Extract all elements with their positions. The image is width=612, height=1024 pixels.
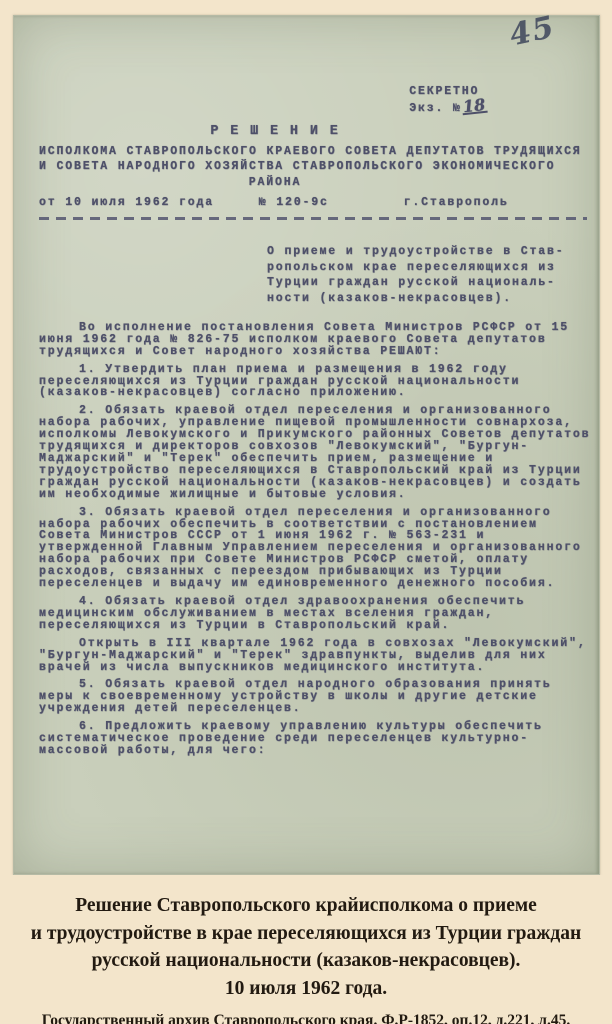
subject-line: ропольском крае переселяющихся из (267, 260, 567, 275)
org-line: И СОВЕТА НАРОДНОГО ХОЗЯЙСТВА СТАВРОПОЛЬС… (39, 159, 595, 175)
document-number: № 120-9с (259, 196, 329, 209)
archival-scan-page: { "colors": { "background_cream": "#f3e5… (0, 0, 612, 1024)
preamble-paragraph: Во исполнение постановления Совета Минис… (39, 322, 595, 358)
document-scan: 45 СЕКРЕТНО Экз. №18 Р Е Ш Е Н И Е ИСПОЛ… (13, 15, 600, 875)
point-2-paragraph: 2. Обязать краевой отдел переселения и о… (39, 405, 595, 500)
document-body: Р Е Ш Е Н И Е ИСПОЛКОМА СТАВРОПОЛЬСКОГО … (14, 16, 601, 757)
subject-line: ности (казаков-некрасовцев). (267, 291, 567, 306)
subject-line: О приеме и трудоустройстве в Став- (267, 244, 567, 259)
document-date: от 10 июля 1962 года (39, 196, 214, 209)
point-6-paragraph: 6. Предложить краевому управлению культу… (39, 721, 595, 757)
point-3-paragraph: 3. Обязать краевой отдел переселения и о… (39, 507, 595, 590)
caption-area: Решение Ставропольского крайисполкома о … (0, 875, 612, 1024)
document-city: г.Ставрополь (404, 196, 509, 209)
point-5-paragraph: 5. Обязать краевой отдел народного образ… (39, 679, 595, 715)
caption-title: Решение Ставропольского крайисполкома о … (0, 875, 612, 1002)
subject-block: О приеме и трудоустройстве в Став- ропол… (267, 244, 567, 306)
dateline: от 10 июля 1962 года № 120-9с г.Ставропо… (39, 197, 595, 209)
issuing-organization: ИСПОЛКОМА СТАВРОПОЛЬСКОГО КРАЕВОГО СОВЕТ… (39, 144, 595, 191)
org-line: ИСПОЛКОМА СТАВРОПОЛЬСКОГО КРАЕВОГО СОВЕТ… (39, 144, 595, 160)
caption-line: Решение Ставропольского крайисполкома о … (0, 892, 612, 920)
caption-line: русской национальности (казаков-некрасов… (0, 947, 612, 975)
caption-date: 10 июля 1962 года. (0, 975, 612, 1003)
archive-reference: Государственный архив Ставропольского кр… (0, 1011, 612, 1024)
document-title: Р Е Ш Е Н И Е (0, 126, 553, 138)
point-4-paragraph: 4. Обязать краевой отдел здравоохранения… (39, 596, 595, 632)
resolution-text: Во исполнение постановления Совета Минис… (39, 322, 595, 757)
point-1-paragraph: 1. Утвердить план приема и размещения в … (39, 364, 595, 400)
org-line: РАЙОНА (0, 175, 553, 191)
point-4-continued-paragraph: Открыть в III квартале 1962 года в совхо… (39, 638, 595, 674)
subject-line: Турции граждан русской националь- (267, 275, 567, 290)
dashed-separator (39, 217, 587, 220)
caption-line: и трудоустройстве в крае переселяющихся … (0, 920, 612, 948)
